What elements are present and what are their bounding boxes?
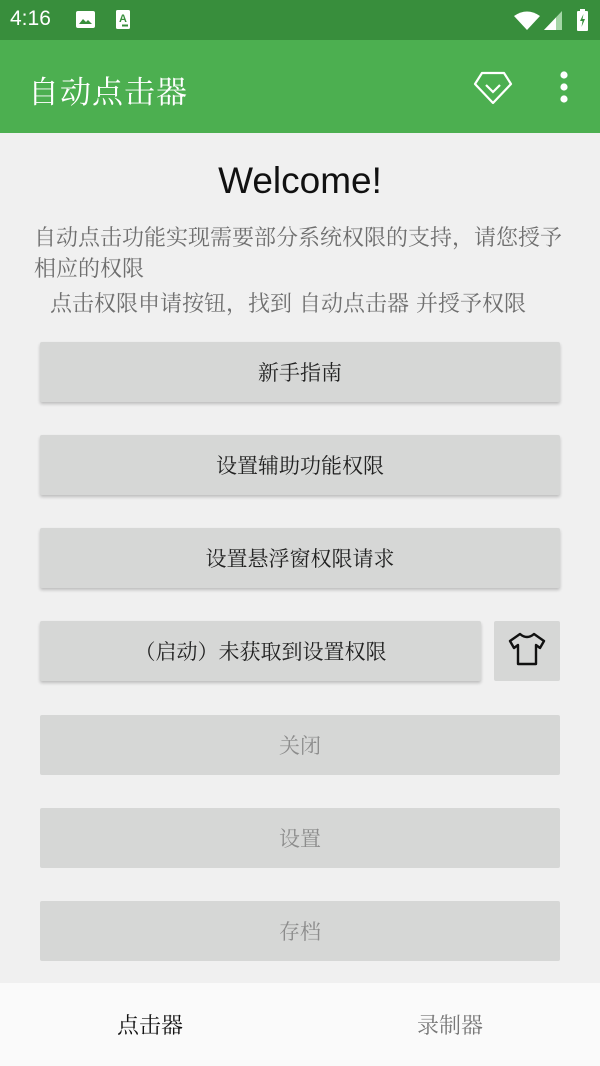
permission-description: 自动点击功能实现需要部分系统权限的支持，请您授予相应的权限 xyxy=(34,223,564,285)
more-options-button[interactable] xyxy=(550,68,578,108)
start-button[interactable]: （启动）未获取到设置权限 xyxy=(40,621,481,681)
app-bar: 自动点击器 xyxy=(0,40,600,133)
status-time: 4:16 xyxy=(10,7,51,31)
main-content: Welcome! 自动点击功能实现需要部分系统权限的支持，请您授予相应的权限 点… xyxy=(0,133,600,983)
app-title: 自动点击器 xyxy=(28,67,188,112)
theme-button[interactable] xyxy=(494,621,560,681)
t-shirt-icon xyxy=(507,631,547,671)
archive-button[interactable]: 存档 xyxy=(40,901,560,961)
overlay-permission-button[interactable]: 设置悬浮窗权限请求 xyxy=(40,528,560,588)
premium-button[interactable] xyxy=(472,68,514,106)
svg-text:A: A xyxy=(119,13,127,25)
settings-button[interactable]: 设置 xyxy=(40,808,560,868)
status-bar: 4:16 A xyxy=(0,0,600,40)
beginner-guide-button[interactable]: 新手指南 xyxy=(40,342,560,402)
welcome-heading: Welcome! xyxy=(0,160,600,202)
more-vert-icon xyxy=(550,93,578,112)
accessibility-permission-button[interactable]: 设置辅助功能权限 xyxy=(40,435,560,495)
image-icon xyxy=(76,11,95,32)
bottom-navigation: 点击器 录制器 xyxy=(0,983,600,1066)
wifi-icon xyxy=(514,11,540,34)
diamond-icon xyxy=(472,91,514,110)
battery-charging-icon xyxy=(577,9,588,35)
signal-icon xyxy=(544,11,562,34)
text-a-icon: A xyxy=(116,10,130,33)
close-button[interactable]: 关闭 xyxy=(40,715,560,775)
tab-clicker[interactable]: 点击器 xyxy=(0,983,300,1066)
tab-recorder[interactable]: 录制器 xyxy=(300,983,600,1066)
permission-hint: 点击权限申请按钮，找到 自动点击器 并授予权限 xyxy=(50,287,526,318)
